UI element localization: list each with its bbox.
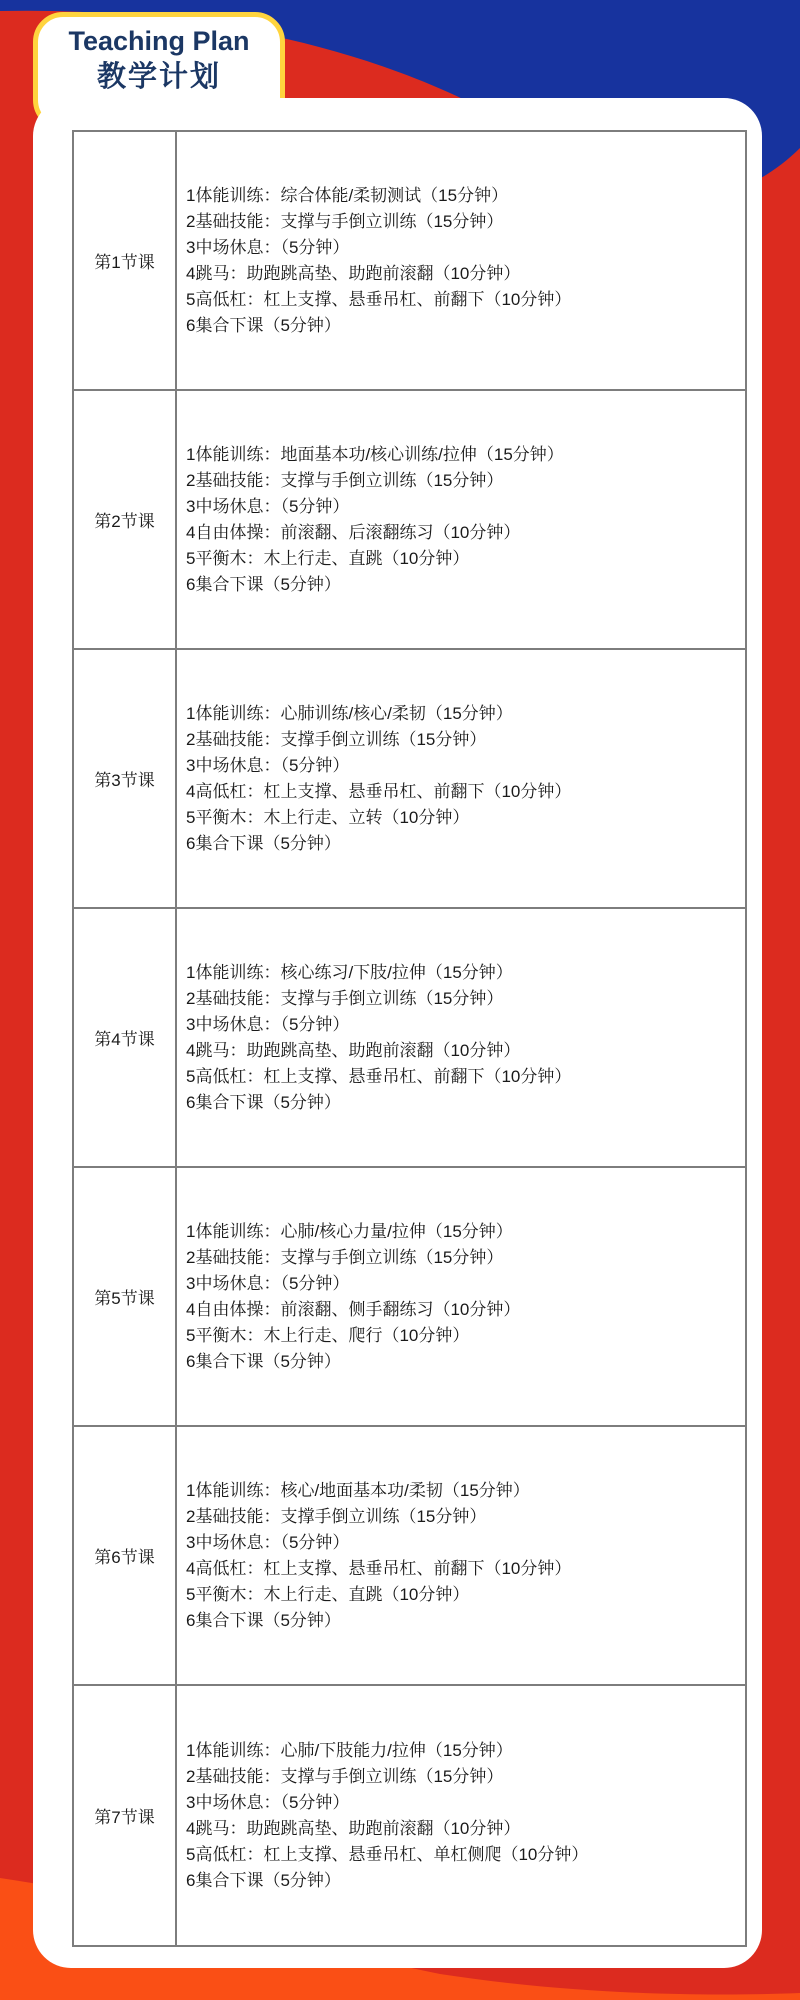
activity-line: 5平衡木：木上行走、直跳（10分钟） (186, 546, 745, 572)
lesson-content-cell: 1体能训练：心肺训练/核心/柔韧（15分钟） 2基础技能：支撑手倒立训练（15分… (177, 650, 745, 907)
activity-line: 4高低杠：杠上支撑、悬垂吊杠、前翻下（10分钟） (186, 779, 745, 805)
activity-line: 4高低杠：杠上支撑、悬垂吊杠、前翻下（10分钟） (186, 1556, 745, 1582)
activity-line: 6集合下课（5分钟） (186, 1090, 745, 1116)
lesson-content-cell: 1体能训练：地面基本功/核心训练/拉伸（15分钟） 2基础技能：支撑与手倒立训练… (177, 391, 745, 648)
lesson-content-cell: 1体能训练：核心练习/下肢/拉伸（15分钟） 2基础技能：支撑与手倒立训练（15… (177, 909, 745, 1166)
activity-line: 4跳马：助跑跳高垫、助跑前滚翻（10分钟） (186, 1038, 745, 1064)
content-card: 第1节课 1体能训练：综合体能/柔韧测试（15分钟） 2基础技能：支撑与手倒立训… (33, 98, 762, 1968)
lesson-cell: 第2节课 (74, 391, 177, 648)
activity-line: 6集合下课（5分钟） (186, 313, 745, 339)
activity-line: 3中场休息：（5分钟） (186, 1790, 745, 1816)
lesson-content-cell: 1体能训练：心肺/下肢能力/拉伸（15分钟） 2基础技能：支撑与手倒立训练（15… (177, 1686, 745, 1945)
activity-line: 6集合下课（5分钟） (186, 1349, 745, 1375)
activity-line: 3中场休息：（5分钟） (186, 235, 745, 261)
activity-line: 1体能训练：综合体能/柔韧测试（15分钟） (186, 183, 745, 209)
activity-line: 3中场休息：（5分钟） (186, 1271, 745, 1297)
activity-line: 5平衡木：木上行走、直跳（10分钟） (186, 1582, 745, 1608)
activity-line: 1体能训练：地面基本功/核心训练/拉伸（15分钟） (186, 442, 745, 468)
activity-line: 2基础技能：支撑与手倒立训练（15分钟） (186, 986, 745, 1012)
lesson-content-cell: 1体能训练：心肺/核心力量/拉伸（15分钟） 2基础技能：支撑与手倒立训练（15… (177, 1168, 745, 1425)
table-row: 第1节课 1体能训练：综合体能/柔韧测试（15分钟） 2基础技能：支撑与手倒立训… (74, 132, 745, 391)
activity-line: 2基础技能：支撑与手倒立训练（15分钟） (186, 209, 745, 235)
activity-line: 6集合下课（5分钟） (186, 572, 745, 598)
activity-line: 2基础技能：支撑手倒立训练（15分钟） (186, 1504, 745, 1530)
activity-line: 3中场休息：（5分钟） (186, 1530, 745, 1556)
activity-line: 1体能训练：核心练习/下肢/拉伸（15分钟） (186, 960, 745, 986)
activity-line: 4跳马：助跑跳高垫、助跑前滚翻（10分钟） (186, 261, 745, 287)
activity-line: 2基础技能：支撑手倒立训练（15分钟） (186, 727, 745, 753)
lesson-cell: 第3节课 (74, 650, 177, 907)
activity-line: 2基础技能：支撑与手倒立训练（15分钟） (186, 468, 745, 494)
table-row: 第3节课 1体能训练：心肺训练/核心/柔韧（15分钟） 2基础技能：支撑手倒立训… (74, 650, 745, 909)
activity-line: 4自由体操：前滚翻、后滚翻练习（10分钟） (186, 520, 745, 546)
activity-line: 3中场休息：（5分钟） (186, 1012, 745, 1038)
lesson-content-cell: 1体能训练：综合体能/柔韧测试（15分钟） 2基础技能：支撑与手倒立训练（15分… (177, 132, 745, 389)
table-row: 第7节课 1体能训练：心肺/下肢能力/拉伸（15分钟） 2基础技能：支撑与手倒立… (74, 1686, 745, 1945)
activity-line: 3中场休息：（5分钟） (186, 494, 745, 520)
page-title-english: Teaching Plan (38, 24, 280, 58)
activity-line: 5平衡木：木上行走、立转（10分钟） (186, 805, 745, 831)
activity-line: 1体能训练：心肺/下肢能力/拉伸（15分钟） (186, 1738, 745, 1764)
lesson-cell: 第6节课 (74, 1427, 177, 1684)
lesson-cell: 第1节课 (74, 132, 177, 389)
table-row: 第5节课 1体能训练：心肺/核心力量/拉伸（15分钟） 2基础技能：支撑与手倒立… (74, 1168, 745, 1427)
activity-line: 2基础技能：支撑与手倒立训练（15分钟） (186, 1764, 745, 1790)
activity-line: 5高低杠：杠上支撑、悬垂吊杠、前翻下（10分钟） (186, 1064, 745, 1090)
activity-line: 1体能训练：心肺训练/核心/柔韧（15分钟） (186, 701, 745, 727)
table-row: 第2节课 1体能训练：地面基本功/核心训练/拉伸（15分钟） 2基础技能：支撑与… (74, 391, 745, 650)
lesson-cell: 第4节课 (74, 909, 177, 1166)
activity-line: 4跳马：助跑跳高垫、助跑前滚翻（10分钟） (186, 1816, 745, 1842)
activity-line: 5高低杠：杠上支撑、悬垂吊杠、单杠侧爬（10分钟） (186, 1842, 745, 1868)
activity-line: 4自由体操：前滚翻、侧手翻练习（10分钟） (186, 1297, 745, 1323)
activity-line: 1体能训练：心肺/核心力量/拉伸（15分钟） (186, 1219, 745, 1245)
activity-line: 5高低杠：杠上支撑、悬垂吊杠、前翻下（10分钟） (186, 287, 745, 313)
activity-line: 1体能训练：核心/地面基本功/柔韧（15分钟） (186, 1478, 745, 1504)
lesson-cell: 第5节课 (74, 1168, 177, 1425)
activity-line: 2基础技能：支撑与手倒立训练（15分钟） (186, 1245, 745, 1271)
activity-line: 6集合下课（5分钟） (186, 1868, 745, 1894)
table-row: 第4节课 1体能训练：核心练习/下肢/拉伸（15分钟） 2基础技能：支撑与手倒立… (74, 909, 745, 1168)
activity-line: 5平衡木：木上行走、爬行（10分钟） (186, 1323, 745, 1349)
activity-line: 6集合下课（5分钟） (186, 831, 745, 857)
activity-line: 3中场休息：（5分钟） (186, 753, 745, 779)
teaching-plan-table: 第1节课 1体能训练：综合体能/柔韧测试（15分钟） 2基础技能：支撑与手倒立训… (72, 130, 747, 1947)
lesson-content-cell: 1体能训练：核心/地面基本功/柔韧（15分钟） 2基础技能：支撑手倒立训练（15… (177, 1427, 745, 1684)
table-row: 第6节课 1体能训练：核心/地面基本功/柔韧（15分钟） 2基础技能：支撑手倒立… (74, 1427, 745, 1686)
page-title-chinese: 教学计划 (38, 58, 280, 96)
activity-line: 6集合下课（5分钟） (186, 1608, 745, 1634)
lesson-cell: 第7节课 (74, 1686, 177, 1945)
